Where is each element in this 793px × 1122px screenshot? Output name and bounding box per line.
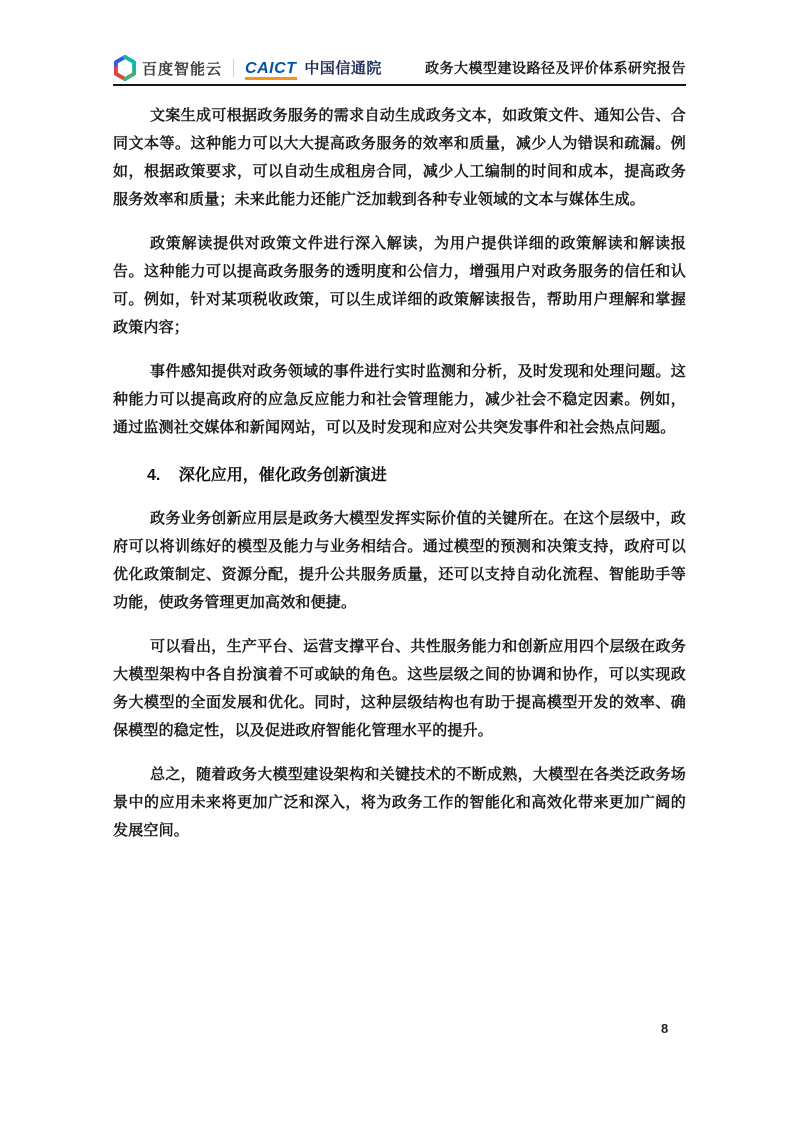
- section-heading-text: 深化应用，催化政务创新演进: [179, 467, 387, 484]
- report-title: 政务大模型建设路径及评价体系研究报告: [425, 58, 686, 78]
- paragraph-3: 事件感知提供对政务领域的事件进行实时监测和分析，及时发现和处理问题。这种能力可以…: [113, 358, 686, 442]
- document-page: 百度智能云 CAICT 中国信通院 政务大模型建设路径及评价体系研究报告 文案生…: [0, 0, 793, 1122]
- section-heading-number: 4.: [147, 467, 160, 484]
- logo-divider: [233, 59, 234, 77]
- paragraph-2: 政策解读提供对政策文件进行深入解读，为用户提供详细的政策解读和解读报告。这种能力…: [113, 230, 686, 342]
- caict-logo: CAICT 中国信通院: [245, 57, 382, 80]
- document-body: 文案生成可根据政务服务的需求自动生成政务文本，如政策文件、通知公告、合同文本等。…: [113, 86, 686, 861]
- paragraph-1: 文案生成可根据政务服务的需求自动生成政务文本，如政策文件、通知公告、合同文本等。…: [113, 102, 686, 214]
- header-logos: 百度智能云 CAICT 中国信通院: [113, 55, 382, 81]
- caict-logo-cn-text: 中国信通院: [304, 57, 382, 78]
- caict-logo-en-text: CAICT: [245, 60, 297, 80]
- paragraph-6: 总之，随着政务大模型建设架构和关键技术的不断成熟，大模型在各类泛政务场景中的应用…: [113, 761, 686, 845]
- page-number: 8: [661, 1021, 668, 1036]
- paragraph-5: 可以看出，生产平台、运营支撑平台、共性服务能力和创新应用四个层级在政务大模型架构…: [113, 633, 686, 745]
- page-header: 百度智能云 CAICT 中国信通院 政务大模型建设路径及评价体系研究报告: [113, 52, 686, 84]
- paragraph-4: 政务业务创新应用层是政务大模型发挥实际价值的关键所在。在这个层级中，政府可以将训…: [113, 505, 686, 617]
- baidu-logo-text: 百度智能云: [142, 58, 222, 79]
- baidu-cloud-icon: [113, 55, 137, 81]
- section-heading: 4. 深化应用，催化政务创新演进: [113, 463, 686, 489]
- baidu-cloud-logo: 百度智能云: [113, 55, 222, 81]
